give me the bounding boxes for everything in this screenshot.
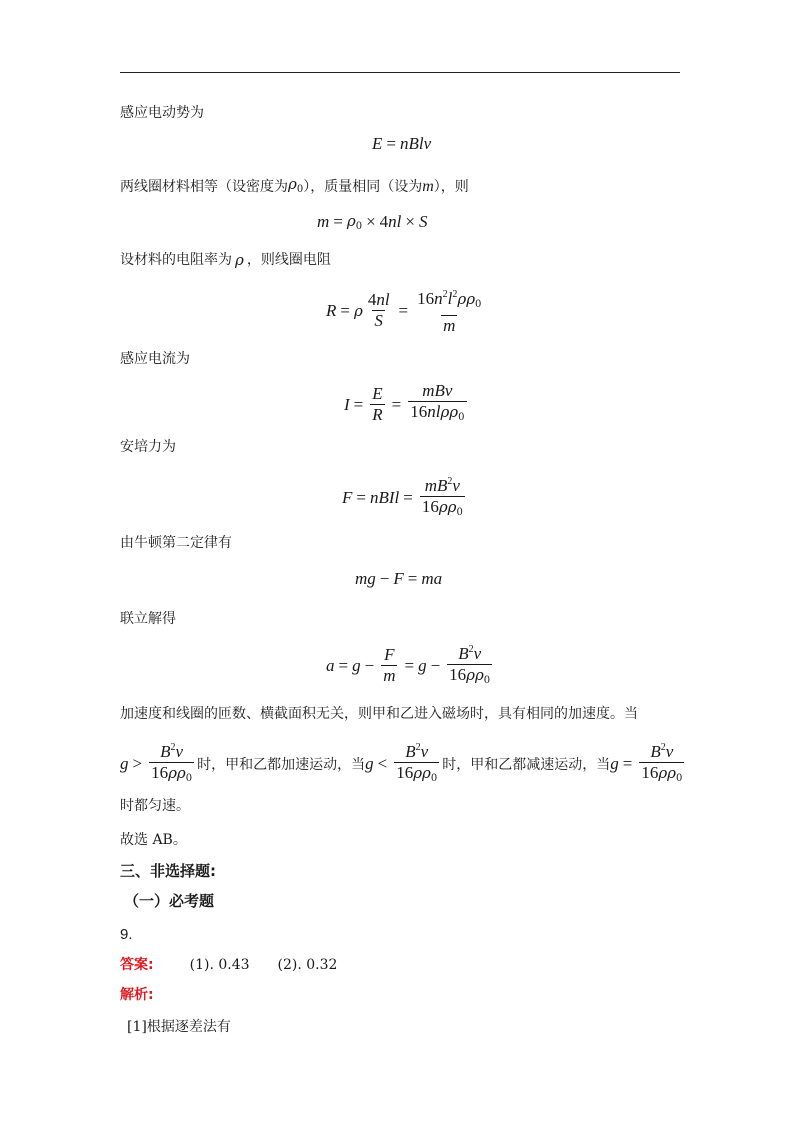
condition-greater: g>B2v16ρρ0	[120, 738, 197, 789]
equation-ampere-force: F=nBIl= mB2v16ρρ0	[342, 472, 468, 523]
answer-row: 答案: (1). 0.43 (2). 0.32	[120, 956, 337, 974]
m-symbol: m	[422, 178, 434, 196]
subsection-heading: （一）必考题	[124, 892, 214, 910]
equation-emf: E=nBlv	[372, 134, 431, 154]
question-number: 9.	[120, 926, 133, 944]
text-density-mass: 两线圈材料相等（设密度为 ρ0 ），质量相同（设为 m ），则	[120, 175, 469, 199]
rho0-symbol: ρ0	[288, 175, 303, 199]
answer-1: (1). 0.43	[190, 956, 250, 974]
condition-equal: g=B2v16ρρ0	[610, 738, 687, 789]
text-uniform: 时都匀速。	[120, 797, 190, 815]
analysis-first-line: [1]根据逐差法有	[127, 1018, 231, 1036]
text-emf-intro: 感应电动势为	[120, 104, 204, 122]
equation-newton: mg−F=ma	[355, 569, 442, 589]
analysis-label: 解析:	[120, 986, 154, 1004]
answer-2: (2). 0.32	[278, 956, 338, 974]
equation-resistance: R=ρ 4nlS = 16n2l2ρρ0m	[326, 285, 486, 336]
rho-symbol: ρ	[235, 251, 244, 269]
text-current-intro: 感应电流为	[120, 350, 190, 368]
header-rule	[120, 72, 680, 73]
equation-acceleration: a=g− Fm =g− B2v16ρρ0	[326, 640, 495, 691]
text-newton-law: 由牛顿第二定律有	[120, 534, 232, 552]
text-combine: 联立解得	[120, 610, 176, 628]
equation-current: I= ER = mBv16nlρρ0	[344, 381, 470, 428]
text-choice: 故选 AB。	[120, 831, 187, 849]
section-heading: 三、非选择题:	[120, 862, 216, 880]
text-acceleration-independent: 加速度和线圈的匝数、横截面积无关，则甲和乙进入磁场时，具有相同的加速度。当	[120, 705, 638, 723]
text-conditions: g>B2v16ρρ0 时，甲和乙都加速运动，当 g<B2v16ρρ0 时，甲和乙…	[120, 738, 687, 789]
condition-less: g<B2v16ρρ0	[365, 738, 442, 789]
text-force-intro: 安培力为	[120, 438, 176, 456]
text-resistivity: 设材料的电阻率为 ρ ，则线圈电阻	[120, 251, 331, 269]
equation-mass: m=ρ0×4nl×S	[317, 212, 428, 232]
answer-label: 答案:	[120, 956, 154, 974]
